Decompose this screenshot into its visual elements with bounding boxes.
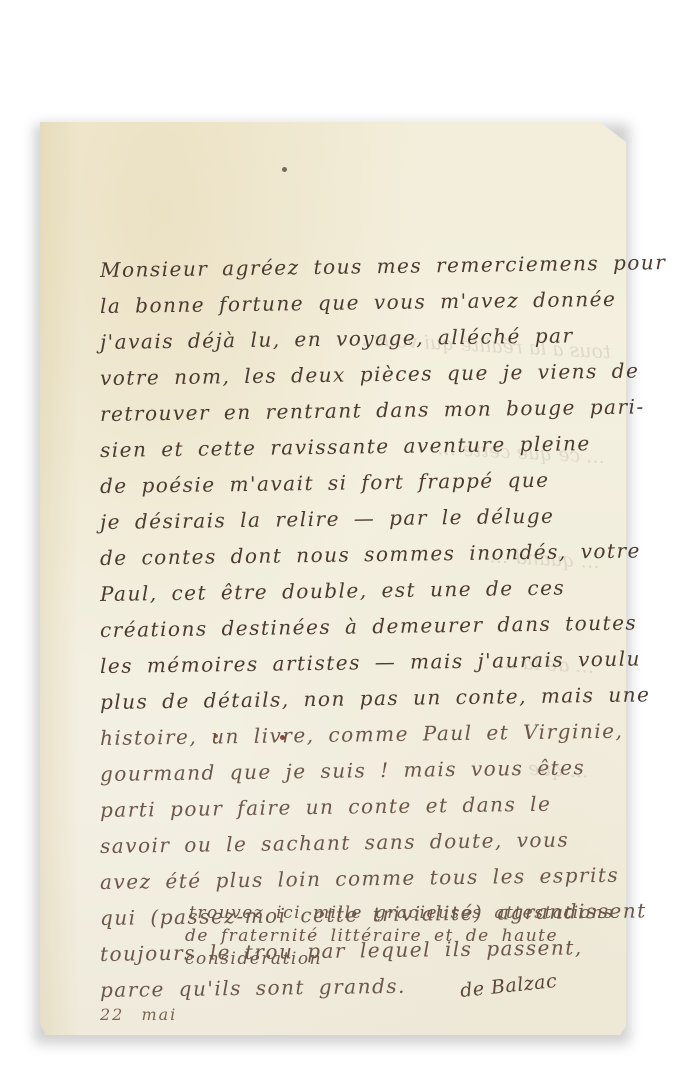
letter-closing: trouvez ici mille gracieuses attestation… (185, 902, 614, 971)
letter-body: Monsieur agréez tous mes remerciemens po… (100, 252, 640, 1008)
document-viewer: tous à la réalité qui vous … … ce que ce… (0, 0, 674, 1080)
paper-spot (282, 167, 287, 172)
foxing-spot (214, 734, 218, 738)
foxing-spot (280, 735, 285, 740)
closing-line: considération (185, 948, 614, 971)
letter-date: 22 mai (100, 1005, 177, 1024)
closing-line: trouvez ici mille gracieuses attestation… (189, 902, 614, 925)
closing-line: de fraternité littéraire et de haute (185, 925, 614, 948)
